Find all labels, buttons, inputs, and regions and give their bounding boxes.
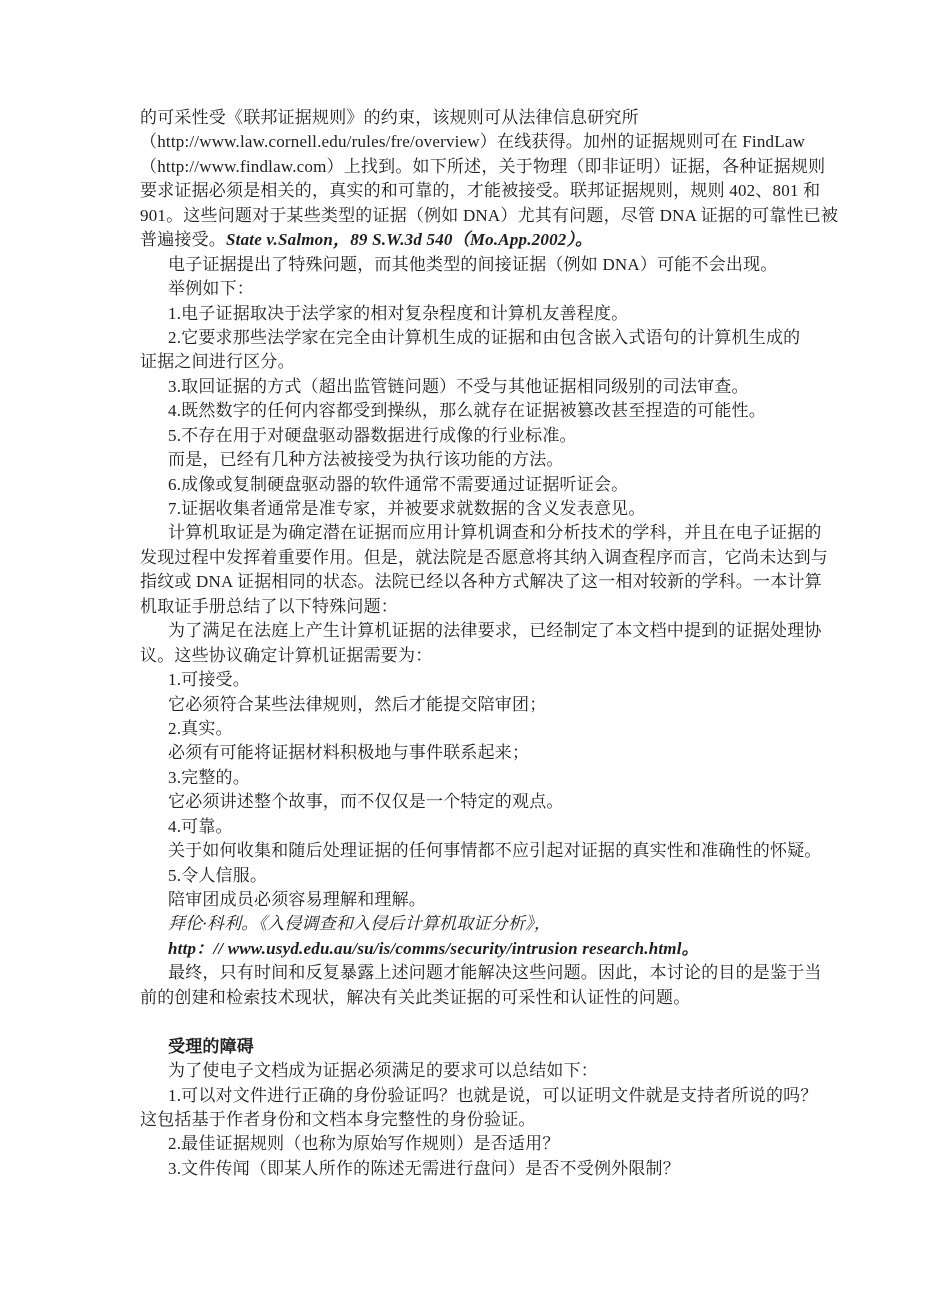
text-segment: 3.取回证据的方式（超出监管链问题）不受与其他证据相同级别的司法审查。 [168, 377, 749, 396]
text-segment: （http://www.law.cornell.edu/rules/fre/ov… [140, 132, 805, 151]
text-line: 5.不存在用于对硬盘驱动器数据进行成像的行业标准。 [140, 424, 805, 448]
text-segment: 它必须符合某些法律规则，然后才能提交陪审团； [168, 695, 546, 714]
text-line: 2.真实。 [140, 717, 805, 741]
text-segment: 2.真实。 [168, 719, 233, 738]
text-segment: 1.电子证据取决于法学家的相对复杂程度和计算机友善程度。 [168, 304, 628, 323]
text-line: 发现过程中发挥着重要作用。但是，就法院是否愿意将其纳入调查程序而言，它尚未达到与 [140, 546, 805, 570]
text-line: 而是，已经有几种方法被接受为执行该功能的方法。 [140, 448, 805, 472]
text-line: 它必须符合某些法律规则，然后才能提交陪审团； [140, 693, 805, 717]
text-line: 3.文件传闻（即某人所作的陈述无需进行盘问）是否不受例外限制？ [140, 1157, 805, 1181]
text-line: 关于如何收集和随后处理证据的任何事情都不应引起对证据的真实性和准确性的怀疑。 [140, 839, 805, 863]
text-line: 它必须讲述整个故事，而不仅仅是一个特定的观点。 [140, 790, 805, 814]
text-line: 陪审团成员必须容易理解和理解。 [140, 888, 805, 912]
text-segment: 议。这些协议确定计算机证据需要为： [140, 646, 432, 665]
text-segment: 3.完整的。 [168, 768, 250, 787]
text-line: 3.完整的。 [140, 766, 805, 790]
text-line: 证据之间进行区分。 [140, 350, 805, 374]
emphasized-text: 受理的障碍 [168, 1037, 254, 1056]
text-line: 为了满足在法庭上产生计算机证据的法律要求，已经制定了本文档中提到的证据处理协 [140, 619, 805, 643]
document-body: 的可采性受《联邦证据规则》的约束，该规则可从法律信息研究所（http://www… [140, 106, 805, 1181]
citation-author-line: 拜伦·科利。《入侵调查和入侵后计算机取证分析》， [140, 912, 805, 936]
emphasized-text: http：// www.usyd.edu.au/su/is/comms/secu… [168, 939, 699, 958]
text-segment: 901。这些问题对于某些类型的证据（例如 DNA）尤其有问题，尽管 DNA 证据… [140, 206, 838, 225]
text-segment: 1.可接受。 [168, 670, 250, 689]
text-segment: （http://www.findlaw.com）上找到。如下所述，关于物理（即非… [140, 157, 825, 176]
text-line: 2.最佳证据规则（也称为原始写作规则）是否适用？ [140, 1132, 805, 1156]
text-segment: 为了满足在法庭上产生计算机证据的法律要求，已经制定了本文档中提到的证据处理协 [168, 621, 822, 640]
text-segment: 4.可靠。 [168, 817, 233, 836]
text-segment: 举例如下： [168, 279, 254, 298]
text-segment: 关于如何收集和随后处理证据的任何事情都不应引起对证据的真实性和准确性的怀疑。 [168, 841, 822, 860]
text-line: 5.令人信服。 [140, 864, 805, 888]
section-heading: 受理的障碍 [140, 1035, 805, 1059]
text-segment: 1.可以对文件进行正确的身份验证吗？也就是说，可以证明文件就是支持者所说的吗？ [168, 1086, 818, 1105]
text-segment: 陪审团成员必须容易理解和理解。 [168, 890, 426, 909]
text-line: 这包括基于作者身份和文档本身完整性的身份验证。 [140, 1108, 805, 1132]
text-line: 的可采性受《联邦证据规则》的约束，该规则可从法律信息研究所 [140, 106, 805, 130]
text-segment: 为了使电子文档成为证据必须满足的要求可以总结如下： [168, 1061, 598, 1080]
text-line: 1.可以对文件进行正确的身份验证吗？也就是说，可以证明文件就是支持者所说的吗？ [140, 1084, 805, 1108]
text-segment: 要求证据必须是相关的，真实的和可靠的，才能被接受。联邦证据规则，规则 402、8… [140, 181, 820, 200]
text-segment: 2.最佳证据规则（也称为原始写作规则）是否适用？ [168, 1134, 560, 1153]
text-line: 3.取回证据的方式（超出监管链问题）不受与其他证据相同级别的司法审查。 [140, 375, 805, 399]
text-segment: 5.令人信服。 [168, 866, 267, 885]
text-line: 6.成像或复制硬盘驱动器的软件通常不需要通过证据听证会。 [140, 473, 805, 497]
text-segment: 计算机取证是为确定潜在证据而应用计算机调查和分析技术的学科，并且在电子证据的 [168, 523, 822, 542]
text-segment: 3.文件传闻（即某人所作的陈述无需进行盘问）是否不受例外限制？ [168, 1159, 680, 1178]
text-segment: 6.成像或复制硬盘驱动器的软件通常不需要通过证据听证会。 [168, 475, 628, 494]
text-line: 最终，只有时间和反复暴露上述问题才能解决这些问题。因此，本讨论的目的是鉴于当 [140, 961, 805, 985]
text-segment: 电子证据提出了特殊问题，而其他类型的间接证据（例如 DNA）可能不会出现。 [168, 255, 777, 274]
text-segment: 机取证手册总结了以下特殊问题： [140, 597, 398, 616]
text-segment: 必须有可能将证据材料积极地与事件联系起来； [168, 743, 529, 762]
text-line: 前的创建和检索技术现状，解决有关此类证据的可采性和认证性的问题。 [140, 986, 805, 1010]
text-line: 要求证据必须是相关的，真实的和可靠的，才能被接受。联邦证据规则，规则 402、8… [140, 179, 805, 203]
text-segment: 指纹或 DNA 证据相同的状态。法院已经以各种方式解决了这一相对较新的学科。一本… [140, 572, 822, 591]
text-segment: 5.不存在用于对硬盘驱动器数据进行成像的行业标准。 [168, 426, 577, 445]
text-line: 4.可靠。 [140, 815, 805, 839]
text-segment: 普遍接受。 [140, 230, 226, 249]
emphasized-text: State v.Salmon，89 S.W.3d 540（Mo.App.2002… [226, 230, 592, 249]
text-line: 为了使电子文档成为证据必须满足的要求可以总结如下： [140, 1059, 805, 1083]
text-line: 电子证据提出了特殊问题，而其他类型的间接证据（例如 DNA）可能不会出现。 [140, 253, 805, 277]
text-line: （http://www.findlaw.com）上找到。如下所述，关于物理（即非… [140, 155, 805, 179]
text-segment: 它必须讲述整个故事，而不仅仅是一个特定的观点。 [168, 792, 564, 811]
text-segment: 2.它要求那些法学家在完全由计算机生成的证据和由包含嵌入式语句的计算机生成的 [168, 328, 800, 347]
text-line: 议。这些协议确定计算机证据需要为： [140, 644, 805, 668]
text-line: 计算机取证是为确定潜在证据而应用计算机调查和分析技术的学科，并且在电子证据的 [140, 521, 805, 545]
text-segment: 的可采性受《联邦证据规则》的约束，该规则可从法律信息研究所 [140, 108, 639, 127]
text-segment: 7.证据收集者通常是准专家，并被要求就数据的含义发表意见。 [168, 499, 646, 518]
text-segment: 4.既然数字的任何内容都受到操纵，那么就存在证据被篡改甚至捏造的可能性。 [168, 401, 766, 420]
text-line: 1.电子证据取决于法学家的相对复杂程度和计算机友善程度。 [140, 302, 805, 326]
text-line: 7.证据收集者通常是准专家，并被要求就数据的含义发表意见。 [140, 497, 805, 521]
text-line: 必须有可能将证据材料积极地与事件联系起来； [140, 741, 805, 765]
text-line: （http://www.law.cornell.edu/rules/fre/ov… [140, 130, 805, 154]
text-line: 举例如下： [140, 277, 805, 301]
text-segment: 前的创建和检索技术现状，解决有关此类证据的可采性和认证性的问题。 [140, 988, 690, 1007]
text-segment: 最终，只有时间和反复暴露上述问题才能解决这些问题。因此，本讨论的目的是鉴于当 [168, 963, 822, 982]
emphasized-text: 拜伦·科利。《入侵调查和入侵后计算机取证分析》， [168, 914, 551, 933]
text-line: 901。这些问题对于某些类型的证据（例如 DNA）尤其有问题，尽管 DNA 证据… [140, 204, 805, 228]
text-line: 机取证手册总结了以下特殊问题： [140, 595, 805, 619]
text-line: 2.它要求那些法学家在完全由计算机生成的证据和由包含嵌入式语句的计算机生成的 [140, 326, 805, 350]
text-line: 指纹或 DNA 证据相同的状态。法院已经以各种方式解决了这一相对较新的学科。一本… [140, 570, 805, 594]
text-line: 4.既然数字的任何内容都受到操纵，那么就存在证据被篡改甚至捏造的可能性。 [140, 399, 805, 423]
text-segment: 发现过程中发挥着重要作用。但是，就法院是否愿意将其纳入调查程序而言，它尚未达到与 [140, 548, 828, 567]
citation-url-line: http：// www.usyd.edu.au/su/is/comms/secu… [140, 937, 805, 961]
text-segment: 这包括基于作者身份和文档本身完整性的身份验证。 [140, 1110, 536, 1129]
text-segment: 而是，已经有几种方法被接受为执行该功能的方法。 [168, 450, 564, 469]
text-line: 1.可接受。 [140, 668, 805, 692]
blank-line [140, 1010, 805, 1034]
text-segment: 证据之间进行区分。 [140, 352, 295, 371]
text-line: 普遍接受。State v.Salmon，89 S.W.3d 540（Mo.App… [140, 228, 805, 252]
